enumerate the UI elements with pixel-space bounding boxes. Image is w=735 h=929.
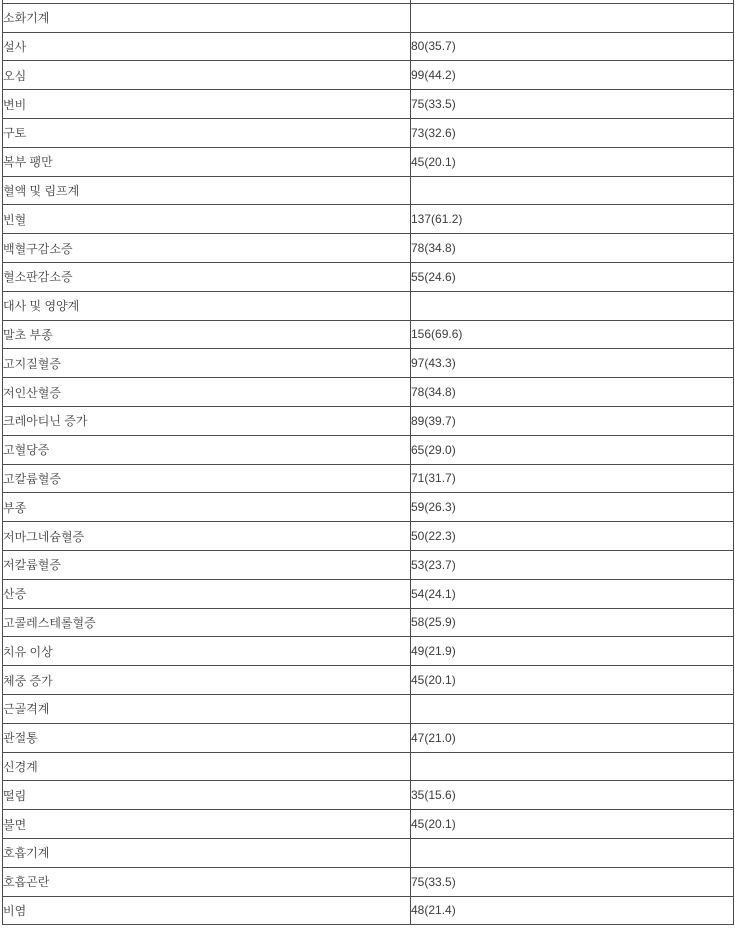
table-row: 저마그네슘혈증50(22.3) — [3, 522, 734, 551]
value-cell: 71(31.7) — [411, 464, 734, 493]
value-cell — [411, 291, 734, 320]
term-cell: 설사 — [3, 32, 411, 61]
table-row: 대사 및 영양계 — [3, 291, 734, 320]
term-cell: 불면 — [3, 810, 411, 839]
table-row: 혈액 및 림프계 — [3, 176, 734, 205]
table-row: 고혈당증65(29.0) — [3, 435, 734, 464]
table-row: 변비75(33.5) — [3, 90, 734, 119]
term-cell: 떨림 — [3, 781, 411, 810]
table-row: 고칼륨혈증71(31.7) — [3, 464, 734, 493]
table-row: 복부 팽만45(20.1) — [3, 147, 734, 176]
table-row: 오심99(44.2) — [3, 61, 734, 90]
table-row: 고지질혈증97(43.3) — [3, 349, 734, 378]
table-row: 신경계 — [3, 752, 734, 781]
table-row: 떨림35(15.6) — [3, 781, 734, 810]
adverse-events-table: 소화기계설사80(35.7)오심99(44.2)변비75(33.5)구토73(3… — [2, 0, 734, 925]
table-row: 호흡기계 — [3, 838, 734, 867]
term-cell: 변비 — [3, 90, 411, 119]
value-cell: 55(24.6) — [411, 262, 734, 291]
table-row: 저인산혈증78(34.8) — [3, 378, 734, 407]
value-cell: 45(20.1) — [411, 666, 734, 695]
term-cell: 관절통 — [3, 723, 411, 752]
value-cell: 75(33.5) — [411, 867, 734, 896]
value-cell: 78(34.8) — [411, 378, 734, 407]
table-row: 빈혈137(61.2) — [3, 205, 734, 234]
term-cell: 저마그네슘혈증 — [3, 522, 411, 551]
value-cell: 45(20.1) — [411, 147, 734, 176]
category-cell: 신경계 — [3, 752, 411, 781]
table-row: 설사80(35.7) — [3, 32, 734, 61]
table-row: 치유 이상49(21.9) — [3, 637, 734, 666]
table-row: 구토73(32.6) — [3, 118, 734, 147]
category-cell: 근골격계 — [3, 694, 411, 723]
table-row: 근골격계 — [3, 694, 734, 723]
table-row: 말초 부종156(69.6) — [3, 320, 734, 349]
value-cell: 53(23.7) — [411, 550, 734, 579]
table-row: 크레아티닌 증가89(39.7) — [3, 406, 734, 435]
value-cell — [411, 838, 734, 867]
table-row: 불면45(20.1) — [3, 810, 734, 839]
term-cell: 산증 — [3, 579, 411, 608]
value-cell: 50(22.3) — [411, 522, 734, 551]
table-row: 부종59(26.3) — [3, 493, 734, 522]
value-cell — [411, 3, 734, 32]
term-cell: 저칼륨혈증 — [3, 550, 411, 579]
adverse-events-table-body: 소화기계설사80(35.7)오심99(44.2)변비75(33.5)구토73(3… — [3, 0, 734, 925]
table-row: 고콜레스테롤혈증58(25.9) — [3, 608, 734, 637]
term-cell: 호흡곤란 — [3, 867, 411, 896]
term-cell: 백혈구감소증 — [3, 234, 411, 263]
term-cell: 부종 — [3, 493, 411, 522]
term-cell: 비염 — [3, 896, 411, 925]
value-cell — [411, 694, 734, 723]
term-cell: 고칼륨혈증 — [3, 464, 411, 493]
value-cell: 97(43.3) — [411, 349, 734, 378]
term-cell: 혈소판감소증 — [3, 262, 411, 291]
term-cell: 오심 — [3, 61, 411, 90]
category-cell: 호흡기계 — [3, 838, 411, 867]
value-cell: 89(39.7) — [411, 406, 734, 435]
value-cell: 65(29.0) — [411, 435, 734, 464]
term-cell: 고콜레스테롤혈증 — [3, 608, 411, 637]
table-row: 산증54(24.1) — [3, 579, 734, 608]
value-cell: 49(21.9) — [411, 637, 734, 666]
term-cell: 치유 이상 — [3, 637, 411, 666]
term-cell: 구토 — [3, 118, 411, 147]
value-cell: 54(24.1) — [411, 579, 734, 608]
value-cell: 73(32.6) — [411, 118, 734, 147]
term-cell: 체중 증가 — [3, 666, 411, 695]
value-cell: 58(25.9) — [411, 608, 734, 637]
value-cell — [411, 752, 734, 781]
value-cell: 99(44.2) — [411, 61, 734, 90]
term-cell: 복부 팽만 — [3, 147, 411, 176]
term-cell: 고지질혈증 — [3, 349, 411, 378]
table-row: 체중 증가45(20.1) — [3, 666, 734, 695]
term-cell: 크레아티닌 증가 — [3, 406, 411, 435]
category-cell: 대사 및 영양계 — [3, 291, 411, 320]
table-row: 저칼륨혈증53(23.7) — [3, 550, 734, 579]
value-cell: 75(33.5) — [411, 90, 734, 119]
document-page: 소화기계설사80(35.7)오심99(44.2)변비75(33.5)구토73(3… — [0, 0, 735, 929]
term-cell: 빈혈 — [3, 205, 411, 234]
table-row: 소화기계 — [3, 3, 734, 32]
value-cell: 137(61.2) — [411, 205, 734, 234]
value-cell: 48(21.4) — [411, 896, 734, 925]
value-cell: 59(26.3) — [411, 493, 734, 522]
term-cell: 저인산혈증 — [3, 378, 411, 407]
table-row: 호흡곤란75(33.5) — [3, 867, 734, 896]
table-row: 백혈구감소증78(34.8) — [3, 234, 734, 263]
term-cell: 말초 부종 — [3, 320, 411, 349]
value-cell: 78(34.8) — [411, 234, 734, 263]
category-cell: 혈액 및 림프계 — [3, 176, 411, 205]
value-cell: 156(69.6) — [411, 320, 734, 349]
term-cell: 고혈당증 — [3, 435, 411, 464]
value-cell: 47(21.0) — [411, 723, 734, 752]
value-cell — [411, 176, 734, 205]
table-row: 비염48(21.4) — [3, 896, 734, 925]
value-cell: 80(35.7) — [411, 32, 734, 61]
category-cell: 소화기계 — [3, 3, 411, 32]
table-row: 관절통47(21.0) — [3, 723, 734, 752]
value-cell: 35(15.6) — [411, 781, 734, 810]
value-cell: 45(20.1) — [411, 810, 734, 839]
table-row: 혈소판감소증55(24.6) — [3, 262, 734, 291]
